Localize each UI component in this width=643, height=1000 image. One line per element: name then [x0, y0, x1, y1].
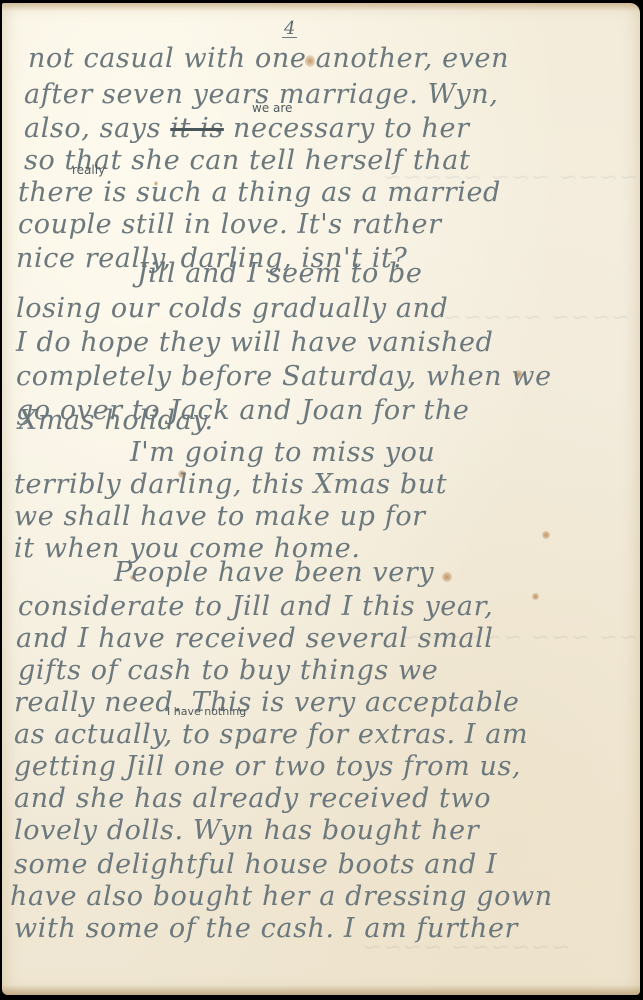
line-text: considerate to Jill and I this year,: [18, 591, 493, 622]
paper-edge-bottom: [2, 985, 640, 995]
letter-line: gifts of cash to buy things we: [18, 655, 438, 686]
line-text: with some of the cash. I am further: [14, 913, 518, 944]
letter-line: getting Jill one or two toys from us,: [14, 751, 521, 782]
line-text: not casual with one another, even: [28, 43, 509, 74]
letter-line: and I have received several small: [16, 623, 494, 654]
line-text: I do hope they will have vanished: [16, 327, 494, 358]
letter-line: I do hope they will have vanished: [16, 327, 494, 358]
line-text: couple still in love. It's rather: [18, 209, 442, 240]
struck-text: it is: [170, 113, 224, 144]
insertion-above: really: [72, 163, 105, 177]
line-text: really need. This is very acceptable: [14, 687, 519, 718]
letter-line: I'm going to miss you: [130, 437, 435, 468]
letter-line: really need. This is very acceptable: [14, 687, 519, 718]
line-text: Jill and I seem to be: [137, 258, 422, 289]
line-text: People have been very: [114, 557, 434, 588]
foxing-spot: [442, 572, 452, 582]
letter-line: as actually, to spare for extras. I am: [14, 719, 528, 750]
line-text: we shall have to make up for: [14, 501, 426, 532]
line-text: gifts of cash to buy things we: [18, 655, 438, 686]
paper-edge-top: [2, 3, 640, 11]
letter-line: Xmas holiday.: [18, 405, 214, 436]
foxing-spot: [532, 593, 539, 600]
line-text: necessary to her: [224, 113, 470, 144]
line-text: completely before Saturday, when we: [16, 361, 552, 392]
letter-line: have also bought her a dressing gown: [10, 881, 553, 912]
line-text: terribly darling, this Xmas but: [14, 469, 447, 500]
letter-line: not casual with one another, even: [28, 43, 509, 74]
letter-line: some delightful house boots and I: [14, 849, 497, 880]
letter-line: losing our colds gradually and: [16, 293, 448, 324]
letter-line: completely before Saturday, when we: [16, 361, 552, 392]
line-text: lovely dolls. Wyn has bought her: [14, 815, 479, 846]
letter-line: couple still in love. It's rather: [18, 209, 442, 240]
letter-line: and she has already received two: [14, 783, 491, 814]
letter-line: terribly darling, this Xmas but: [14, 469, 447, 500]
letter-line: we shall have to make up for: [14, 501, 426, 532]
line-text: there is such a thing as a married: [18, 177, 501, 208]
insertion-above: I have nothing: [167, 705, 246, 718]
letter-line: considerate to Jill and I this year,: [18, 591, 493, 622]
line-text: have also bought her a dressing gown: [10, 881, 553, 912]
line-text: losing our colds gradually and: [16, 293, 448, 324]
letter-page: ~~~~~ ~~~ ~~~~~ ~~~~ ~~~~~~ ~~~~~ ~~~ ~~…: [2, 3, 640, 995]
line-text: as actually, to spare for extras. I am: [14, 719, 528, 750]
letter-line: Jill and I seem to be: [137, 258, 422, 289]
foxing-spot: [542, 531, 550, 539]
line-text: I'm going to miss you: [130, 437, 435, 468]
letter-line: People have been very: [114, 557, 434, 588]
letter-line: also, says it is necessary to her: [24, 113, 470, 144]
page-number: 4: [282, 21, 297, 38]
line-text: and she has already received two: [14, 783, 491, 814]
line-text: some delightful house boots and I: [14, 849, 497, 880]
letter-line: lovely dolls. Wyn has bought her: [14, 815, 479, 846]
letter-line: with some of the cash. I am further: [14, 913, 518, 944]
line-text: and I have received several small: [16, 623, 494, 654]
line-text: also, says: [24, 113, 170, 144]
line-text: getting Jill one or two toys from us,: [14, 751, 521, 782]
letter-line: there is such a thing as a married: [18, 177, 501, 208]
line-text: Xmas holiday.: [18, 405, 214, 436]
